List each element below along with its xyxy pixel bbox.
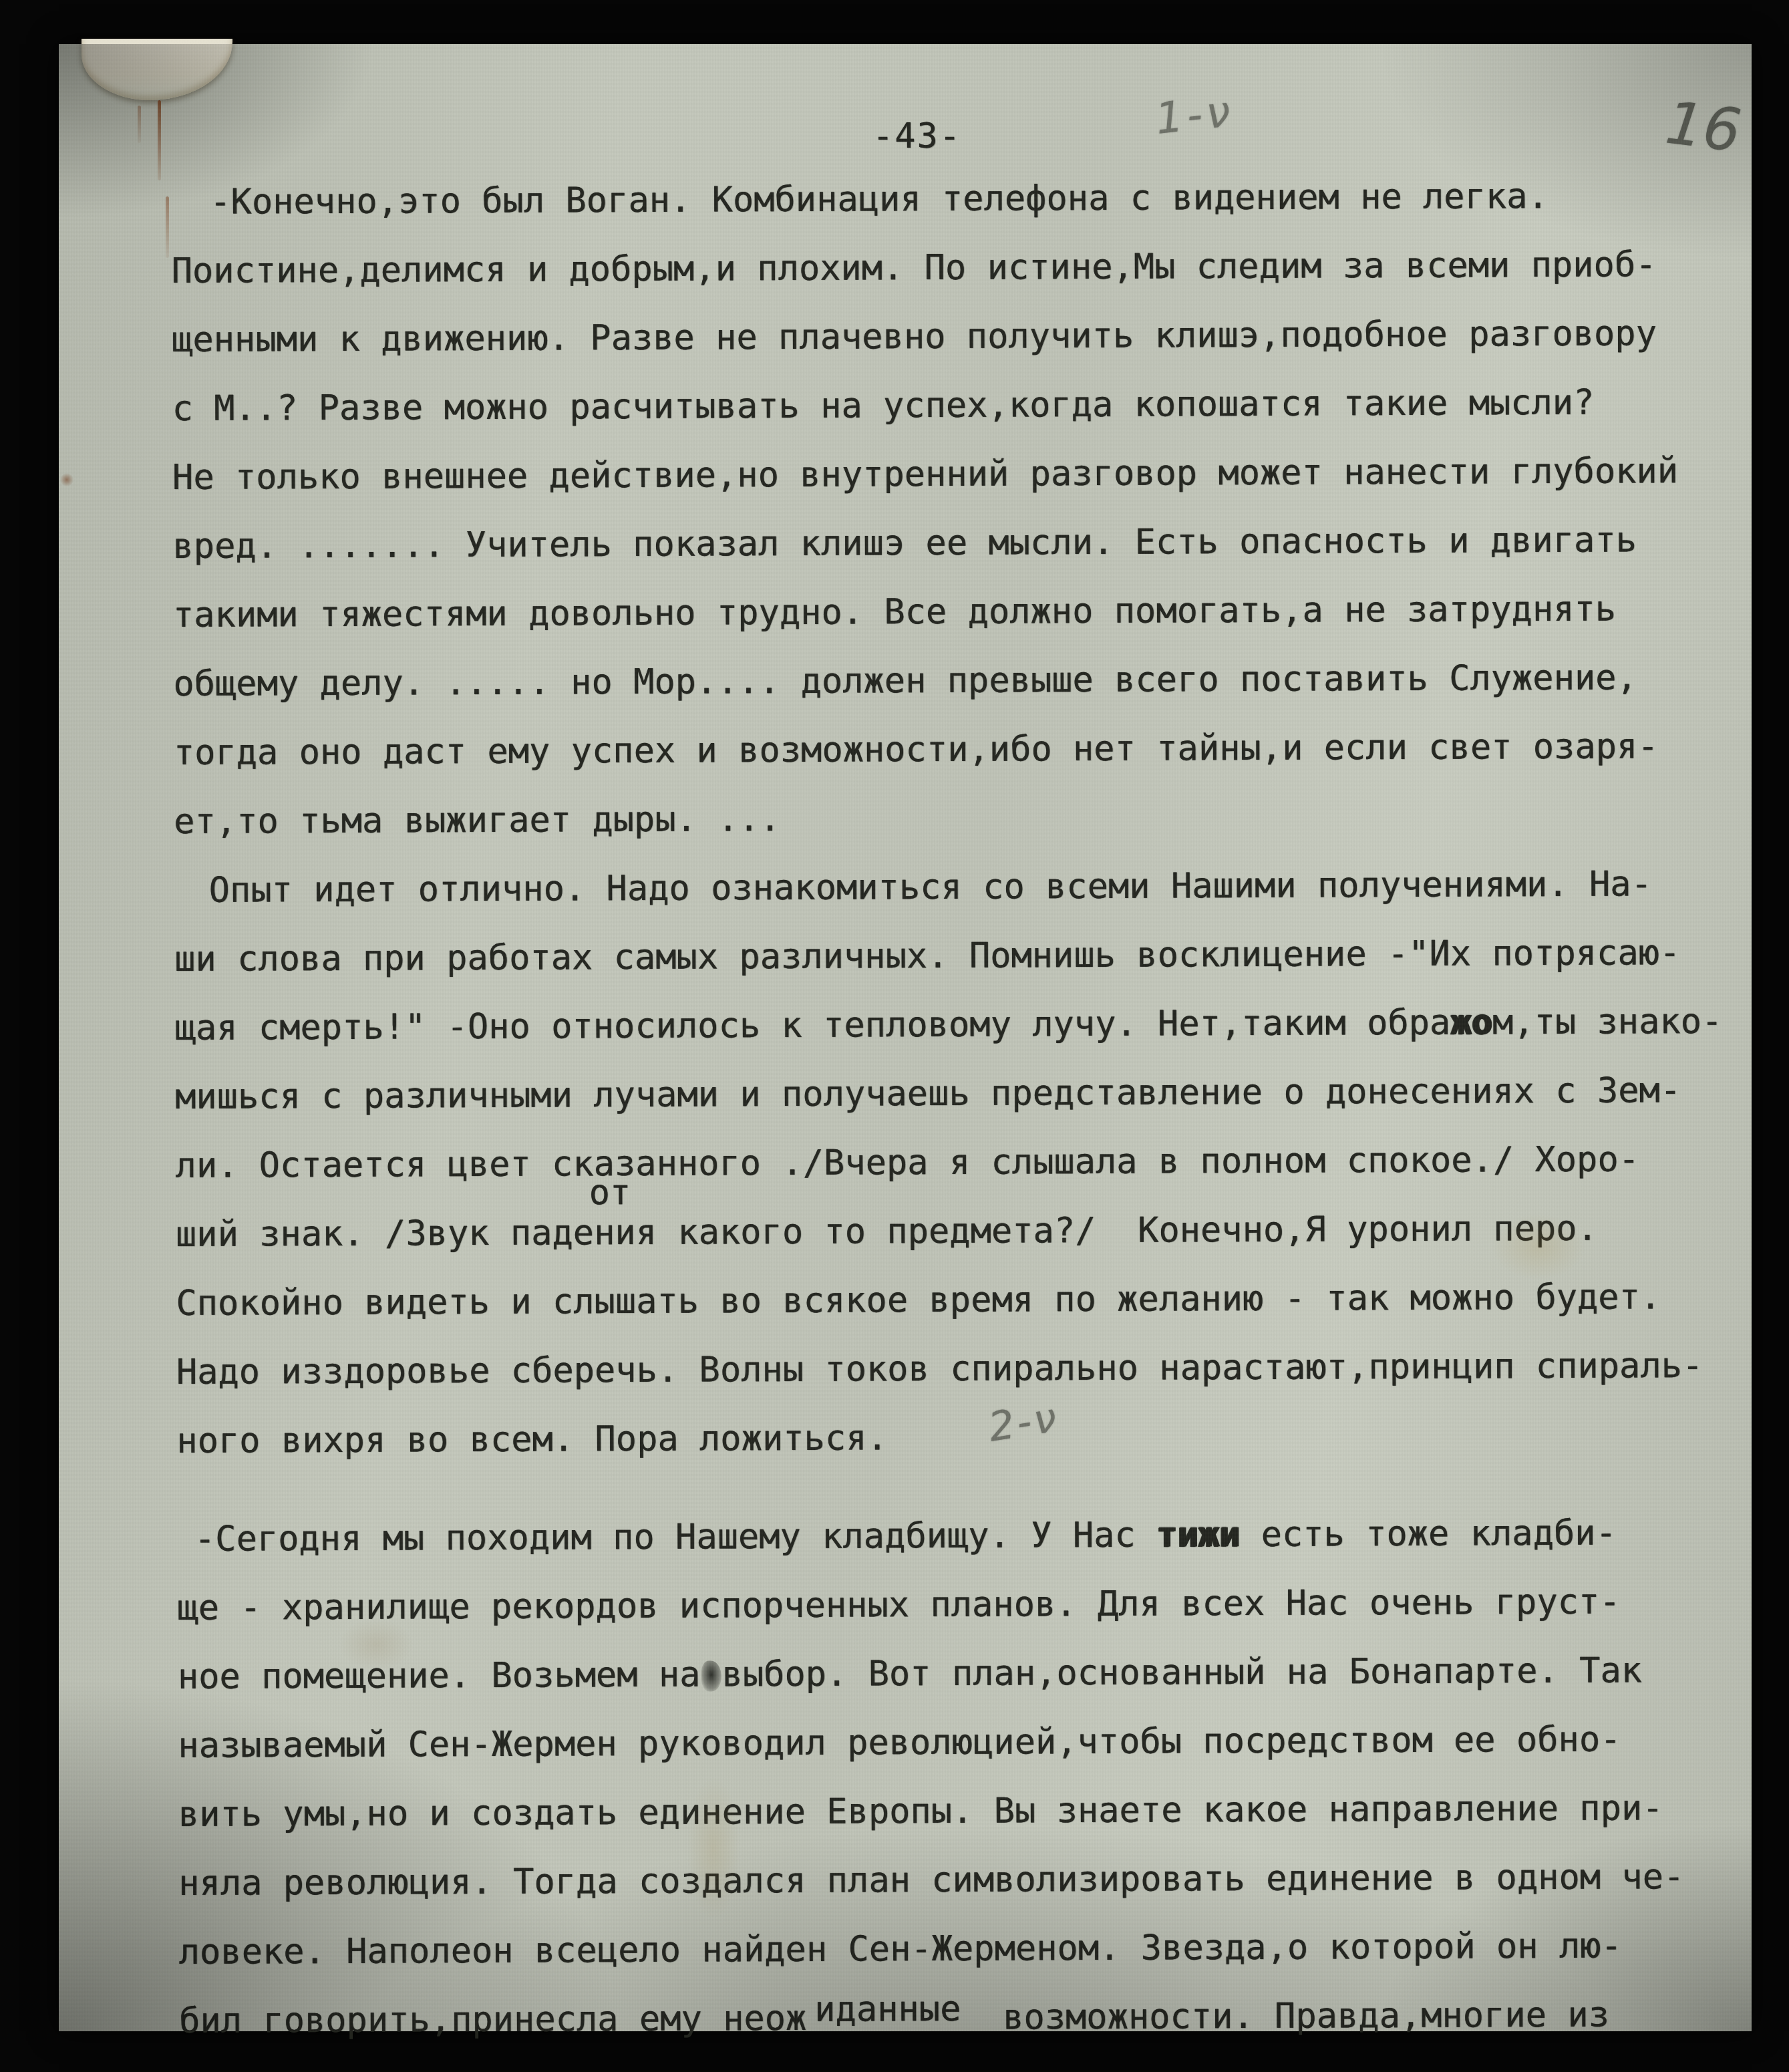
text-line: Опыт идет отлично. Надо ознакомиться со …	[174, 849, 1784, 925]
paragraph: Опыт идет отлично. Надо ознакомиться со …	[174, 849, 1786, 1476]
text-segment: Спокойно видеть и слышать во всякое врем…	[176, 1277, 1661, 1324]
text-line: ное помещение. Возьмем навыбор. Вот план…	[178, 1636, 1788, 1712]
text-line: вить умы,но и создать единение Европы. В…	[178, 1773, 1788, 1849]
ink-blot	[701, 1660, 721, 1691]
scan-background: -43- 1-ν 16 2-ν -Конечно,это был Воган. …	[0, 0, 1789, 2072]
text-segment: Опыт идет отлично. Надо ознакомиться со …	[209, 864, 1652, 910]
text-segment: такими тяжестями довольно трудно. Все до…	[173, 589, 1616, 635]
text-segment: ет,то тьма выжигает дыры. ...	[174, 799, 780, 842]
text-segment: с М..? Разве можно расчитывать на успех,…	[172, 383, 1594, 429]
text-segment: Надо изздоровье сберечь. Волны токов спи…	[176, 1346, 1703, 1392]
paragraph: -Сегодня мы походим по Нашему кладбищу. …	[177, 1498, 1789, 2056]
torn-edge-damage	[82, 39, 232, 100]
text-line: Надо изздоровье сберечь. Волны токов спи…	[176, 1331, 1786, 1407]
rust-stain	[166, 196, 169, 258]
text-segment: бил говорить,принесла ему неож	[179, 1999, 806, 2041]
page-number: -43-	[872, 116, 961, 156]
text-segment: Поистине,делимся и добрым,и плохим. По и…	[172, 245, 1657, 291]
text-segment: щая смерть!" -Оно относилось к тепловому…	[174, 1003, 1450, 1048]
overtyped-text: жо	[1450, 1002, 1492, 1042]
text-segment: возможности. Правда,многие из	[961, 1995, 1609, 2038]
text-line: ли. Остается цвет сказанного ./Вчера я с…	[175, 1125, 1785, 1201]
text-segment: тогда оно даст ему успех и возможности,и…	[174, 726, 1659, 773]
text-segment: общему делу. ..... но Мор.... должен пре…	[173, 657, 1637, 704]
text-line: Спокойно видеть и слышать во всякое врем…	[176, 1262, 1786, 1338]
pencil-annotation-top-center: 1-ν	[1153, 87, 1237, 144]
text-line: Поистине,делимся и добрым,и плохим. По и…	[171, 230, 1781, 306]
text-segment: вред. ....... Учитель показал клишэ ее м…	[172, 520, 1637, 567]
text-segment: иданные	[814, 1989, 961, 2030]
text-segment: вить умы,но и создать единение Европы. В…	[178, 1788, 1663, 1835]
text-segment: выбор. Вот план,основанный на Бонапарте.…	[721, 1650, 1642, 1694]
text-line: с М..? Разве можно расчитывать на успех,…	[172, 367, 1782, 444]
overtyped-text: тижи	[1156, 1515, 1240, 1556]
text-line: ший знак. /Звук отпадения какого то пред…	[176, 1193, 1786, 1270]
text-line: общему делу. ..... но Мор.... должен пре…	[173, 643, 1783, 719]
text-segment: ши слова при работах самых различных. По…	[174, 933, 1680, 980]
text-segment: ловеке. Наполеон всецело найден Сен-Жерм…	[179, 1926, 1622, 1972]
text-segment: называемый Сен-Жермен руководил революци…	[178, 1720, 1621, 1766]
text-line: ного вихря во всем. Пора ложиться.	[176, 1400, 1786, 1476]
text-segment: мишься с различными лучами и получаешь п…	[175, 1070, 1681, 1117]
text-segment: падения какого то предмета?/ Конечно,Я у…	[510, 1209, 1598, 1253]
text-line: мишься с различными лучами и получаешь п…	[175, 1056, 1785, 1132]
text-segment: ший знак. /Звук	[176, 1213, 510, 1255]
text-segment: няла революция. Тогда создался план симв…	[178, 1857, 1684, 1904]
paragraph: -Конечно,это был Воган. Комбинация телеф…	[171, 161, 1784, 857]
text-line: щенными к движению. Разве не плачевно по…	[172, 299, 1782, 375]
text-line: ловеке. Наполеон всецело найден Сен-Жерм…	[178, 1911, 1788, 1987]
text-segment: м,ты знако-	[1492, 1002, 1723, 1043]
text-segment: ное помещение. Возьмем на	[178, 1655, 701, 1697]
text-line: вред. ....... Учитель показал клишэ ее м…	[172, 505, 1782, 581]
text-block: -Конечно,это был Воган. Комбинация телеф…	[171, 161, 1789, 2055]
text-line: такими тяжестями довольно трудно. Все до…	[173, 574, 1783, 650]
text-segment: -Конечно,это был Воган. Комбинация телеф…	[210, 176, 1549, 223]
text-line: Не только внешнее действие,но внутренний…	[172, 436, 1782, 512]
text-line: -Конечно,это был Воган. Комбинация телеф…	[171, 161, 1781, 237]
text-line: щая смерть!" -Оно относилось к тепловому…	[174, 987, 1784, 1063]
text-line: ще - хранилище рекордов испорченных план…	[177, 1567, 1787, 1643]
text-line: ши слова при работах самых различных. По…	[174, 918, 1784, 994]
text-line: тогда оно даст ему успех и возможности,и…	[174, 712, 1784, 788]
text-segment: щенными к движению. Разве не плачевно по…	[172, 313, 1657, 360]
pencil-annotation-folio-number: 16	[1662, 88, 1745, 166]
document-page: -43- 1-ν 16 2-ν -Конечно,это был Воган. …	[59, 44, 1752, 2031]
rust-stain	[158, 100, 161, 180]
text-line: бил говорить,принесла ему неожиданные во…	[179, 1980, 1789, 2056]
text-segment: есть тоже кладби-	[1240, 1513, 1617, 1555]
text-line: ет,то тьма выжигает дыры. ...	[174, 780, 1784, 857]
rust-stain	[138, 106, 141, 143]
text-segment: Не только внешнее действие,но внутренний…	[172, 451, 1678, 498]
text-segment: ли. Остается цвет сказанного ./Вчера я с…	[175, 1139, 1639, 1186]
text-line: няла революция. Тогда создался план симв…	[178, 1842, 1788, 1918]
text-line: называемый Сен-Жермен руководил революци…	[178, 1705, 1788, 1781]
text-segment: ще - хранилище рекордов испорченных план…	[177, 1582, 1620, 1628]
text-line: -Сегодня мы походим по Нашему кладбищу. …	[177, 1498, 1787, 1574]
text-segment: ного вихря во всем. Пора ложиться.	[176, 1418, 888, 1461]
text-segment: -Сегодня мы походим по Нашему кладбищу. …	[194, 1515, 1156, 1560]
